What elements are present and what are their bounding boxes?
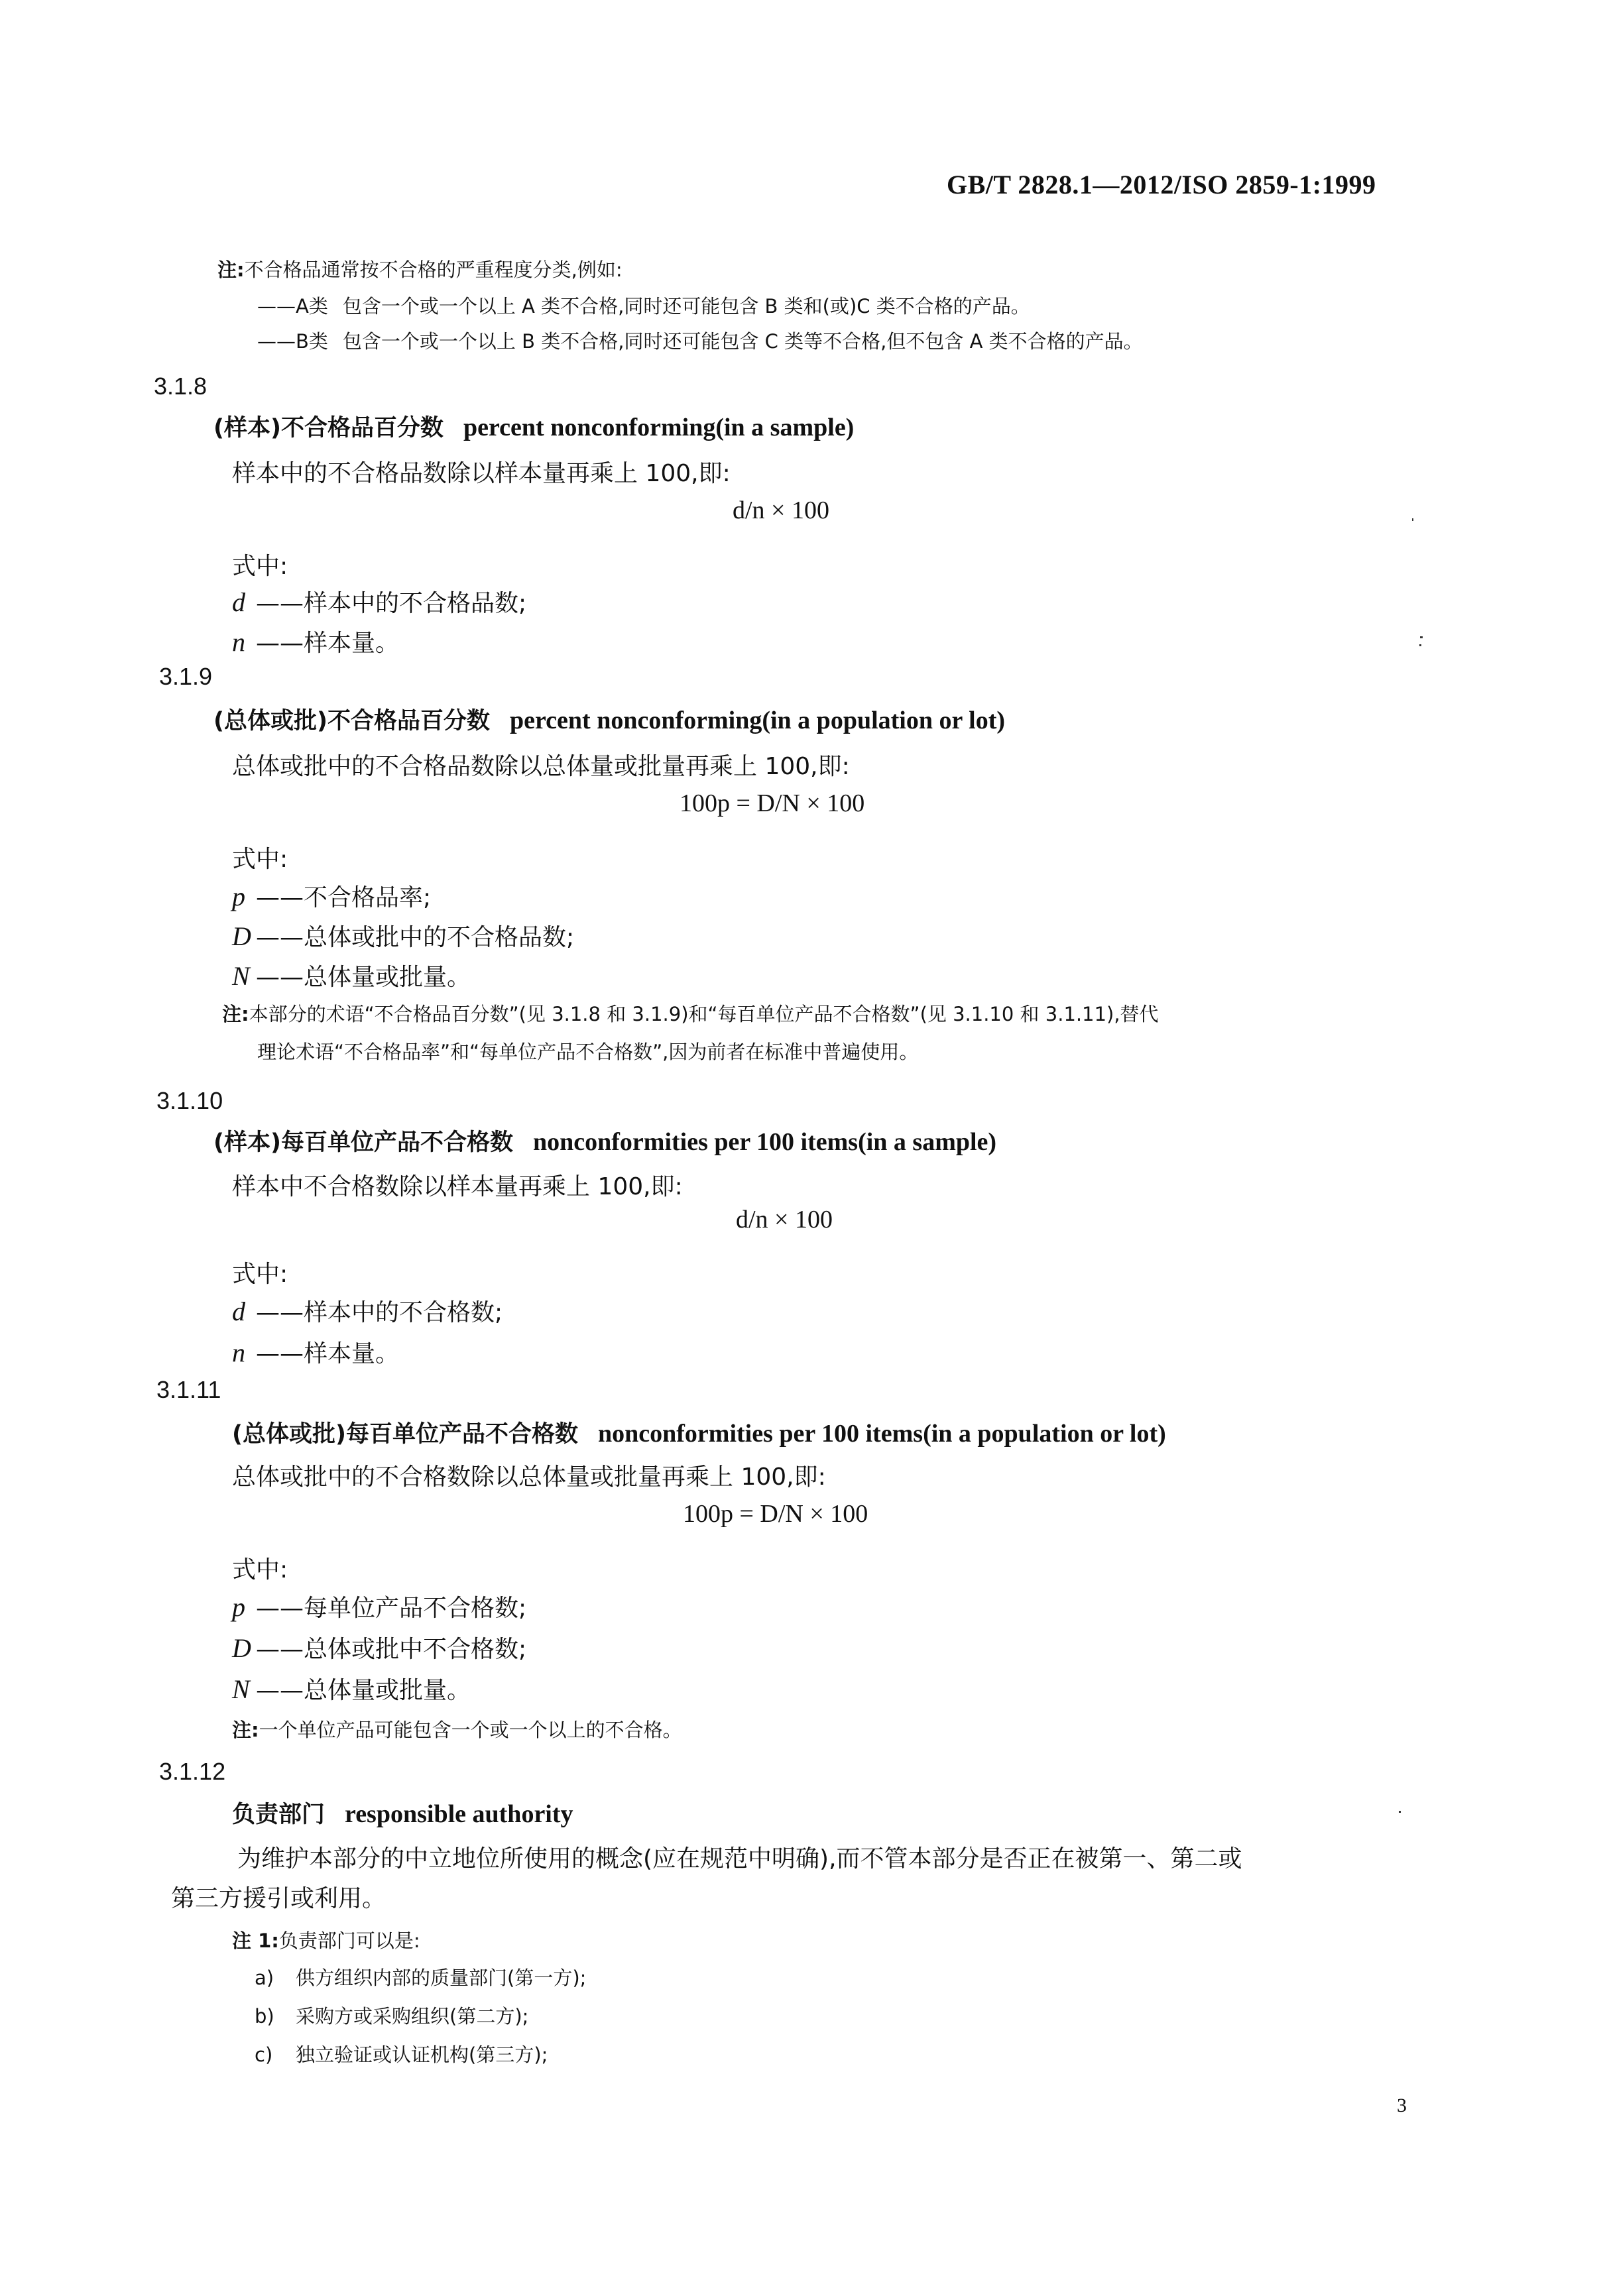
symbol-desc: ——样本中的不合格数; (256, 1299, 503, 1326)
symbol-desc: ——总体或批中不合格数; (256, 1636, 526, 1663)
clause-note: 注 1:负责部门可以是: (232, 1926, 420, 1953)
list-text: 独立验证或认证机构(第三方); (296, 2043, 548, 2066)
definition-cont: 第三方援引或利用。 (171, 1880, 386, 1914)
term-zh: (样本)不合格品百分数 (213, 415, 444, 441)
where-label: 式中: (232, 547, 288, 581)
list-marker: c) (255, 2043, 296, 2066)
note-text: 负责部门可以是: (279, 1929, 420, 1952)
symbol: n (232, 1337, 256, 1368)
symbol-row: N——总体量或批量。 (232, 958, 471, 992)
symbol: N (232, 1674, 256, 1705)
clause-number: 3.1.8 (154, 373, 207, 400)
symbol-row: p——每单位产品不合格数; (232, 1589, 526, 1623)
symbol-row: N——总体量或批量。 (232, 1672, 471, 1705)
formula: d/n × 100 (736, 1205, 833, 1234)
symbol-desc: ——总体量或批量。 (256, 964, 471, 991)
class-desc: 包含一个或一个以上 B 类不合格,同时还可能包含 C 类等不合格,但不包含 A … (343, 330, 1143, 353)
symbol-desc: ——总体量或批量。 (256, 1677, 471, 1704)
definition: 总体或批中的不合格数除以总体量或批量再乘上 100,即: (232, 1458, 826, 1492)
term-heading: (总体或批)不合格品百分数percent nonconforming(in a … (213, 703, 1005, 736)
symbol: n (232, 626, 256, 658)
term-heading: (样本)每百单位产品不合格数nonconformities per 100 it… (213, 1124, 996, 1157)
where-label: 式中: (232, 1255, 288, 1289)
clause-note: 注:一个单位产品可能包含一个或一个以上的不合格。 (232, 1715, 682, 1743)
term-zh: 负责部门 (232, 1802, 325, 1828)
page-number: 3 (1397, 2095, 1407, 2117)
class-label: B类 (296, 330, 328, 353)
where-label: 式中: (232, 1551, 288, 1585)
term-heading: (总体或批)每百单位产品不合格数nonconformities per 100 … (232, 1416, 1166, 1449)
formula: 100p = D/N × 100 (683, 1499, 868, 1528)
list-item: b)采购方或采购组织(第二方); (255, 2002, 528, 2029)
term-en: nonconformities per 100 items(in a sampl… (533, 1128, 996, 1156)
symbol-desc: ——样本中的不合格品数; (256, 590, 526, 617)
formula: d/n × 100 (733, 496, 829, 525)
list-item: a)供方组织内部的质量部门(第一方); (255, 1963, 586, 1990)
scan-speck (1412, 518, 1413, 521)
term-zh: (总体或批)不合格品百分数 (213, 708, 490, 734)
list-marker: a) (255, 1967, 296, 1989)
clause-number: 3.1.9 (159, 663, 212, 691)
note-label: 注: (222, 1003, 249, 1025)
note-label: 注: (232, 1719, 259, 1741)
definition: 总体或批中的不合格品数除以总体量或批量再乘上 100,即: (232, 748, 850, 781)
symbol-desc: ——样本量。 (256, 630, 399, 657)
term-heading: (样本)不合格品百分数percent nonconforming(in a sa… (213, 410, 854, 443)
clause-number: 3.1.11 (156, 1376, 221, 1404)
class-label: A类 (296, 295, 328, 317)
intro-note-item-b: ——B类包含一个或一个以上 B 类不合格,同时还可能包含 C 类等不合格,但不包… (257, 327, 1143, 354)
term-heading: 负责部门responsible authority (232, 1796, 573, 1829)
symbol-desc: ——样本量。 (256, 1340, 399, 1367)
class-desc: 包含一个或一个以上 A 类不合格,同时还可能包含 B 类和(或)C 类不合格的产… (343, 295, 1030, 317)
symbol-desc: ——不合格品率; (256, 884, 431, 911)
symbol: D (232, 1633, 256, 1664)
symbol: d (232, 587, 256, 618)
symbol-row: d——样本中的不合格品数; (232, 585, 526, 618)
standard-code: GB/T 2828.1—2012/ISO 2859-1:1999 (947, 169, 1376, 200)
term-en: nonconformities per 100 items(in a popul… (598, 1420, 1166, 1448)
symbol-row: p——不合格品率; (232, 879, 431, 913)
symbol-row: n——样本量。 (232, 624, 399, 658)
definition: 为维护本部分的中立地位所使用的概念(应在规范中明确),而不管本部分是否正在被第一… (237, 1840, 1242, 1874)
dash: —— (257, 295, 296, 317)
list-text: 采购方或采购组织(第二方); (296, 2005, 528, 2028)
dash: —— (257, 330, 296, 353)
term-zh: (总体或批)每百单位产品不合格数 (232, 1421, 578, 1448)
symbol-desc: ——总体或批中的不合格品数; (256, 924, 574, 951)
definition: 样本中不合格数除以样本量再乘上 100,即: (232, 1168, 683, 1202)
note-text: 一个单位产品可能包含一个或一个以上的不合格。 (259, 1719, 682, 1741)
formula: 100p = D/N × 100 (680, 789, 864, 818)
where-label: 式中: (232, 840, 288, 874)
clause-number: 3.1.10 (156, 1087, 223, 1115)
note-text: 不合格品通常按不合格的严重程度分类,例如: (245, 258, 623, 281)
note-label: 注 1: (232, 1929, 279, 1952)
clause-number: 3.1.12 (159, 1758, 225, 1786)
list-marker: b) (255, 2005, 296, 2028)
term-zh: (样本)每百单位产品不合格数 (213, 1129, 513, 1156)
scan-speck (1399, 1811, 1401, 1813)
symbol: p (232, 1591, 256, 1623)
symbol: D (232, 921, 256, 952)
symbol-row: D——总体或批中不合格数; (232, 1631, 526, 1664)
symbol: d (232, 1296, 256, 1327)
symbol-desc: ——每单位产品不合格数; (256, 1595, 526, 1622)
term-en: percent nonconforming(in a population or… (510, 707, 1005, 734)
term-en: percent nonconforming(in a sample) (463, 414, 854, 441)
list-text: 供方组织内部的质量部门(第一方); (296, 1967, 586, 1989)
note-text: 本部分的术语“不合格品百分数”(见 3.1.8 和 3.1.9)和“每百单位产品… (249, 1003, 1159, 1025)
symbol: p (232, 881, 256, 912)
symbol-row: d——样本中的不合格数; (232, 1294, 503, 1328)
clause-note: 注:本部分的术语“不合格品百分数”(见 3.1.8 和 3.1.9)和“每百单位… (222, 1000, 1159, 1027)
term-en: responsible authority (345, 1800, 573, 1828)
intro-note: 注:不合格品通常按不合格的严重程度分类,例如: (217, 255, 623, 282)
clause-note-cont: 理论术语“不合格品率”和“每单位产品不合格数”,因为前者在标准中普遍使用。 (257, 1037, 918, 1064)
symbol: N (232, 960, 256, 992)
definition: 样本中的不合格品数除以样本量再乘上 100,即: (232, 455, 731, 488)
note-label: 注: (217, 258, 245, 281)
intro-note-item-a: ——A类包含一个或一个以上 A 类不合格,同时还可能包含 B 类和(或)C 类不… (257, 292, 1030, 319)
list-item: c)独立验证或认证机构(第三方); (255, 2040, 548, 2067)
symbol-row: D——总体或批中的不合格品数; (232, 919, 574, 952)
scan-speck (1420, 636, 1423, 638)
symbol-row: n——样本量。 (232, 1335, 399, 1369)
scan-speck (1419, 644, 1421, 646)
